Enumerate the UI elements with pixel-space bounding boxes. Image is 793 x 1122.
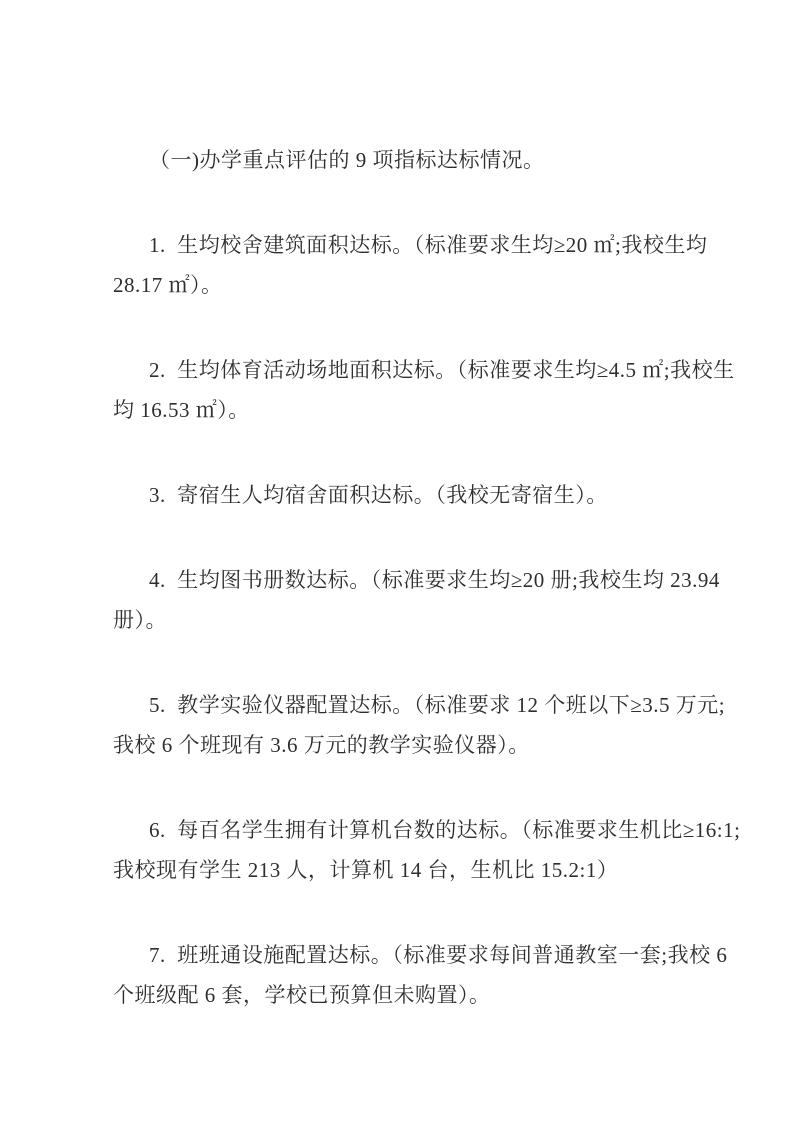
text-line: 6. 每百名学生拥有计算机台数的达标。（标准要求生机比≥16:1; bbox=[113, 810, 683, 850]
text-line: 2. 生均体育活动场地面积达标。（标准要求生均≥4.5 ㎡;我校生 bbox=[113, 350, 683, 390]
list-item-5: 5. 教学实验仪器配置达标。（标准要求 12 个班以下≥3.5 万元; 我校 6… bbox=[113, 685, 683, 765]
document-page: （一)办学重点评估的 9 项指标达标情况。 1. 生均校舍建筑面积达标。（标准要… bbox=[0, 0, 793, 1122]
text-line: 4. 生均图书册数达标。（标准要求生均≥20 册;我校生均 23.94 bbox=[113, 560, 683, 600]
text-line: 我校现有学生 213 人，计算机 14 台，生机比 15.2:1） bbox=[113, 850, 683, 890]
text-line: 28.17 ㎡）。 bbox=[113, 265, 683, 305]
list-item-1: 1. 生均校舍建筑面积达标。（标准要求生均≥20 ㎡;我校生均 28.17 ㎡）… bbox=[113, 225, 683, 305]
text-line: 5. 教学实验仪器配置达标。（标准要求 12 个班以下≥3.5 万元; bbox=[113, 685, 683, 725]
section-heading-text: （一)办学重点评估的 9 项指标达标情况。 bbox=[113, 140, 683, 180]
text-line: 1. 生均校舍建筑面积达标。（标准要求生均≥20 ㎡;我校生均 bbox=[113, 225, 683, 265]
list-item-4: 4. 生均图书册数达标。（标准要求生均≥20 册;我校生均 23.94 册）。 bbox=[113, 560, 683, 640]
text-line: 7. 班班通设施配置达标。（标准要求每间普通教室一套;我校 6 bbox=[113, 935, 683, 975]
list-item-7: 7. 班班通设施配置达标。（标准要求每间普通教室一套;我校 6 个班级配 6 套… bbox=[113, 935, 683, 1015]
text-line: 个班级配 6 套，学校已预算但未购置）。 bbox=[113, 975, 683, 1015]
list-item-6: 6. 每百名学生拥有计算机台数的达标。（标准要求生机比≥16:1; 我校现有学生… bbox=[113, 810, 683, 890]
text-line: 3. 寄宿生人均宿舍面积达标。（我校无寄宿生）。 bbox=[113, 475, 683, 515]
text-line: 我校 6 个班现有 3.6 万元的教学实验仪器）。 bbox=[113, 725, 683, 765]
section-heading: （一)办学重点评估的 9 项指标达标情况。 bbox=[113, 140, 683, 180]
list-item-3: 3. 寄宿生人均宿舍面积达标。（我校无寄宿生）。 bbox=[113, 475, 683, 515]
text-line: 均 16.53 ㎡）。 bbox=[113, 390, 683, 430]
list-item-2: 2. 生均体育活动场地面积达标。（标准要求生均≥4.5 ㎡;我校生 均 16.5… bbox=[113, 350, 683, 430]
text-line: 册）。 bbox=[113, 600, 683, 640]
